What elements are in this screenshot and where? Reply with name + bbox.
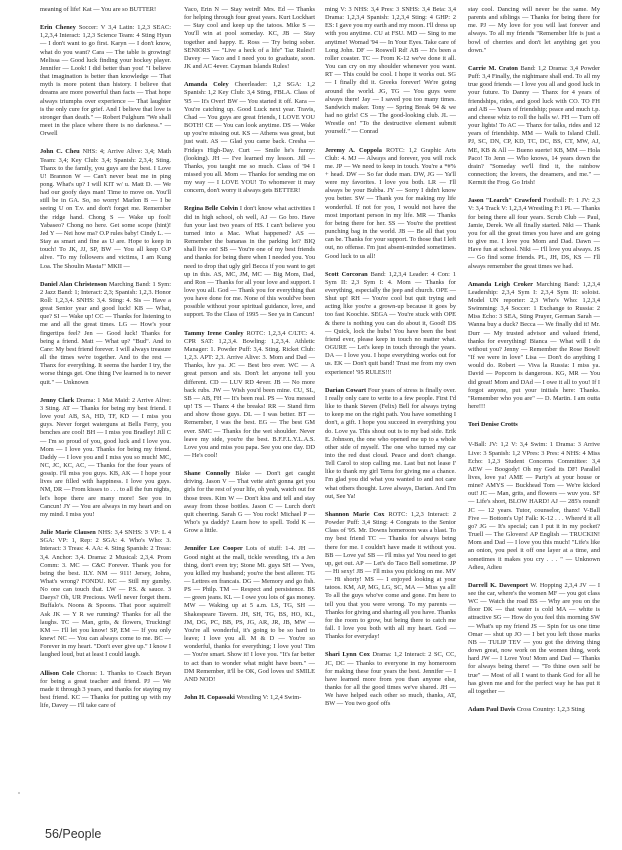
entry-paragraph: Jennifer Lee Cooper Lots of stuff: 1-4. … — [184, 545, 315, 684]
student-name: Julie Marie Clausen — [40, 529, 96, 536]
entry-text: I don't know what activities I did in hi… — [184, 205, 315, 318]
entry-paragraph: Jason "Learch" Crawford Football: F: 1 J… — [468, 197, 600, 270]
entry-text: stay cool. Dancing will never be the sam… — [468, 6, 600, 54]
entry-paragraph: Jenny Clark Drama: 1 Mat Maid: 2 Arrive … — [40, 397, 171, 519]
student-name: Darrell K. Davenport — [468, 582, 528, 589]
entry-text: NHS: 3,4 SNHS: 3 VP: L 4 SGA: VP: 1, Rep… — [40, 529, 171, 658]
student-name: Regina Belle Colvin — [184, 205, 238, 212]
senior-entry: Shannon Marie Cox ROTC: 1,2,3 Interact: … — [325, 511, 456, 642]
entry-text: Yaco, Erin N — Stay weird! Mrs. Ed — Tha… — [184, 6, 315, 70]
entry-paragraph: stay cool. Dancing will never be the sam… — [468, 6, 600, 55]
entry-text: Drama: 1 Mat Maid: 2 Arrive Alive: 3 Sti… — [40, 397, 171, 518]
student-name: Jenny Clark — [40, 397, 74, 404]
senior-entry: Amanda Leigh Croker Marching Band: 1,2,3… — [468, 281, 600, 412]
entry-paragraph: Amanda Leigh Croker Marching Band: 1,2,3… — [468, 281, 600, 412]
entry-text: Cheerleader: 1,2 SGA: 1,2 Spanish: 1,2 K… — [184, 81, 315, 194]
entry-paragraph: Scott Corcoran Band: 1,2,3,4 Leader: 4 C… — [325, 271, 456, 377]
entry-text: Drama: 1,2 Interact: 2 SC, CC, JC, DC — … — [325, 651, 456, 707]
entry-paragraph: Jeremy A. Coppola ROTC: 1,2 Graphic Arts… — [325, 147, 456, 261]
column-3: ming V: 3 NHS: 3,4 Pres: 3 SNHS: 3,4 Bet… — [325, 6, 456, 719]
entry-text: Lots of stuff: 1-4. JH — Good night at t… — [184, 545, 315, 683]
entry-paragraph: Shane Connolly Blake — Don't get caught … — [184, 470, 315, 535]
senior-entry: Adam Paul Davis Cross Country: 1,2,3 Sti… — [468, 706, 600, 714]
entry-text: Wrestling V: 1,2,4 Swim- — [236, 694, 301, 701]
senior-entry: Tori Denise CrottsV-Ball: JV: 1,2 V: 3,4… — [468, 421, 600, 572]
column-4: stay cool. Dancing will never be the sam… — [468, 6, 600, 724]
entry-paragraph: Julie Marie Clausen NHS: 3,4 SNHS: 3 VP:… — [40, 529, 171, 660]
senior-entry: Tammy Irene Conley ROTC: 1,2,3,4 C/LTC: … — [184, 330, 315, 461]
senior-entry: stay cool. Dancing will never be the sam… — [468, 6, 600, 55]
student-name: Shane Connolly — [184, 470, 230, 477]
entry-paragraph: Tammy Irene Conley ROTC: 1,2,3,4 C/LTC: … — [184, 330, 315, 461]
entry-paragraph: Darrell K. Davenport W. Hopping 2,3,4 JV… — [468, 582, 600, 696]
senior-entry: Erin Cheney Soccer: V 3,4 Latin: 1,2,3 S… — [40, 24, 171, 138]
entry-text: V-Ball: JV: 1,2 V: 3,4 Swim: 1 Drama: 3 … — [468, 441, 600, 570]
student-name: Scott Corcoran — [325, 271, 368, 278]
entry-text: NHS: 4; Arrive Alive: 3,4; Math Team: 3,… — [40, 148, 171, 269]
entry-paragraph: ming V: 3 NHS: 3,4 Pres: 3 SNHS: 3,4 Bet… — [325, 6, 456, 137]
student-name: John H. Copassaki — [184, 694, 235, 701]
senior-entry: Shari Lynn Cox Drama: 1,2 Interact: 2 SC… — [325, 651, 456, 708]
yearbook-page: meaning of life! Kat — You are so BUTTER… — [0, 0, 622, 850]
entry-paragraph: Shannon Marie Cox ROTC: 1,2,3 Interact: … — [325, 511, 456, 642]
senior-entry: meaning of life! Kat — You are so BUTTER… — [40, 6, 171, 14]
entry-text: W. Hopping 2,3,4 JV — I see the car, whe… — [468, 582, 600, 695]
senior-entry: Jennifer Lee Cooper Lots of stuff: 1-4. … — [184, 545, 315, 684]
entry-paragraph: Carrie M. Craton Band: 1,2 Drama: 3,4 Po… — [468, 65, 600, 187]
entry-paragraph: Tori Denise CrottsV-Ball: JV: 1,2 V: 3,4… — [468, 421, 600, 572]
senior-entry: John H. Copassaki Wrestling V: 1,2,4 Swi… — [184, 694, 315, 702]
entry-text: Marching Band: 1,2,3,4 Leadership: 2,3,4… — [468, 281, 600, 410]
entry-paragraph: Daniel Alan Christenson Marching Band: 1… — [40, 281, 171, 387]
senior-entry: Julie Marie Clausen NHS: 3,4 SNHS: 3 VP:… — [40, 529, 171, 660]
senior-entry: Jenny Clark Drama: 1 Mat Maid: 2 Arrive … — [40, 397, 171, 519]
senior-entry: Amanda Coley Cheerleader: 1,2 SGA: 1,2 S… — [184, 81, 315, 195]
entry-paragraph: John H. Copassaki Wrestling V: 1,2,4 Swi… — [184, 694, 315, 702]
senior-entry: Jason "Learch" Crawford Football: F: 1 J… — [468, 197, 600, 270]
senior-entry: Scott Corcoran Band: 1,2,3,4 Leader: 4 C… — [325, 271, 456, 377]
student-name: Darian Cowart — [325, 387, 366, 394]
senior-entry: Yaco, Erin N — Stay weird! Mrs. Ed — Tha… — [184, 6, 315, 71]
entry-paragraph: Darian Cowart Four years of stress is fi… — [325, 387, 456, 501]
entry-text: ROTC: 1,2 Graphic Arts Club: 4. MJ — Alw… — [325, 147, 456, 260]
student-name: Amanda Coley — [184, 81, 229, 88]
page-folio: 56/People — [45, 827, 101, 841]
entry-text: Band: 1,2 Drama: 3,4 Powder Puff: 3,4 Fi… — [468, 65, 600, 186]
student-name: Shari Lynn Cox — [325, 651, 370, 658]
student-name: Tammy Irene Conley — [184, 330, 244, 337]
senior-entry: Carrie M. Craton Band: 1,2 Drama: 3,4 Po… — [468, 65, 600, 187]
senior-entry: Regina Belle Colvin I don't know what ac… — [184, 205, 315, 319]
entry-paragraph: meaning of life! Kat — You are so BUTTER… — [40, 6, 171, 14]
senior-entry: Darrell K. Davenport W. Hopping 2,3,4 JV… — [468, 582, 600, 696]
student-name: Carrie M. Craton — [468, 65, 518, 72]
entry-text: ROTC: 1,2,3,4 C/LTC: 4. CPR SAT: 1,2,3,4… — [184, 330, 315, 459]
entry-text: Cross Country: 1,2,3 Sting — [517, 706, 585, 713]
student-name: Jennifer Lee Cooper — [184, 545, 243, 552]
entry-text: Four years of stress is finally over. I … — [325, 387, 456, 500]
senior-entry: Allison Cole Chorus: 1. Thanks to Coach … — [40, 670, 171, 711]
print-speck — [18, 792, 20, 794]
column-1: meaning of life! Kat — You are so BUTTER… — [40, 6, 171, 720]
entry-text: meaning of life! Kat — You are so BUTTER… — [40, 6, 156, 13]
student-name: Erin Cheney — [40, 24, 76, 31]
student-name: Shannon Marie Cox — [325, 511, 384, 518]
entry-paragraph: Yaco, Erin N — Stay weird! Mrs. Ed — Tha… — [184, 6, 315, 71]
entry-text: Blake — Don't get caught driving. Jason … — [184, 470, 315, 534]
senior-entry: Jeremy A. Coppola ROTC: 1,2 Graphic Arts… — [325, 147, 456, 261]
entry-paragraph: Adam Paul Davis Cross Country: 1,2,3 Sti… — [468, 706, 600, 714]
entry-paragraph: Shari Lynn Cox Drama: 1,2 Interact: 2 SC… — [325, 651, 456, 708]
entry-paragraph: Erin Cheney Soccer: V 3,4 Latin: 1,2,3 S… — [40, 24, 171, 138]
entry-paragraph: John C. Cheu NHS: 4; Arrive Alive: 3,4; … — [40, 148, 171, 270]
student-name: Amanda Leigh Croker — [468, 281, 533, 288]
student-name: Jeremy A. Coppola — [325, 147, 382, 154]
senior-entry: Shane Connolly Blake — Don't get caught … — [184, 470, 315, 535]
entry-paragraph: Regina Belle Colvin I don't know what ac… — [184, 205, 315, 319]
entry-text: ROTC: 1,2,3 Interact: 2 Powder Puff: 3,4… — [325, 511, 456, 640]
senior-entry: John C. Cheu NHS: 4; Arrive Alive: 3,4; … — [40, 148, 171, 270]
student-name: Daniel Alan Christenson — [40, 281, 107, 288]
entry-paragraph: Amanda Coley Cheerleader: 1,2 SGA: 1,2 S… — [184, 81, 315, 195]
student-name: Jason "Learch" Crawford — [468, 197, 541, 204]
senior-entry: Daniel Alan Christenson Marching Band: 1… — [40, 281, 171, 387]
entry-text: Football: F: 1 JV: 2,3 V: 3,4 Track V: 1… — [468, 197, 600, 269]
student-name: Tori Denise Crotts — [468, 421, 600, 429]
entry-text: ming V: 3 NHS: 3,4 Pres: 3 SNHS: 3,4 Bet… — [325, 6, 456, 135]
student-name: John C. Cheu — [40, 148, 80, 155]
student-name: Adam Paul Davis — [468, 706, 515, 713]
senior-entry: Darian Cowart Four years of stress is fi… — [325, 387, 456, 501]
column-2: Yaco, Erin N — Stay weird! Mrs. Ed — Tha… — [184, 6, 315, 712]
senior-entry: ming V: 3 NHS: 3,4 Pres: 3 SNHS: 3,4 Bet… — [325, 6, 456, 137]
entry-text: Marching Band: 1 Sym: 2 Jazz Band: 1; In… — [40, 281, 171, 386]
entry-paragraph: Allison Cole Chorus: 1. Thanks to Coach … — [40, 670, 171, 711]
entry-text: Band: 1,2,3,4 Leader: 4 Con: 1 Sym II: 2… — [325, 271, 456, 376]
entry-text: Soccer: V 3,4 Latin: 1,2,3 SEAC: 1,2,3,4… — [40, 24, 171, 137]
student-name: Allison Cole — [40, 670, 74, 677]
